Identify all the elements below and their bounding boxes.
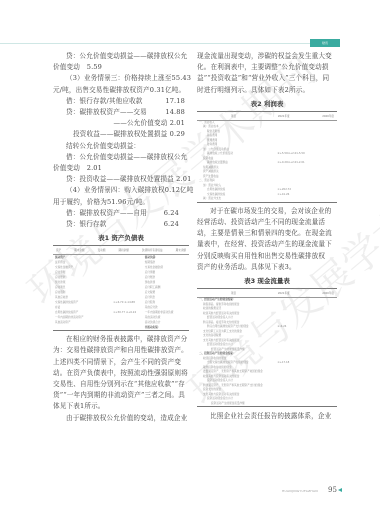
table-body: 一、营业收入减：营业成本税金及附加销售费用管理费用财务费用加：公允价值变动损益碳… [197,121,337,202]
table-body: 流动资产：流动负债：货币资金短期借款交易性金融资产交易性金融负债应收票据应付票据… [53,255,189,330]
journal-entry: 价值变动 2.01 [53,163,189,174]
paragraph: 动。在资产负债表中，按照流动性强弱原则将 [53,368,189,379]
paragraph: 益”“投资收益”和“营业外收入”三个科目，同 [197,73,337,84]
table-row: 减：营业外支出 [197,197,337,202]
column-header: 期初余额 [118,248,128,252]
header-rule [0,43,322,44]
column-header: 资产 [56,248,61,252]
entry-amount: 6.24 [164,219,179,230]
table1-title: 表1 资产负债表 [53,233,189,242]
document-page: 财讯 贷：公允价值变动损益——碳排放权公允 价值变动 5.59 （3）业务情景三… [0,0,380,515]
paragraph: 经营活动、投资活动产生不同的现金流量活 [197,217,337,228]
entry-amount: 6.24 [164,208,179,219]
journal-entry: 借：碳排放权资产——自用 6.24 [53,208,189,219]
paragraph: 在相应的财务报表披露中，碳排放资产分 [53,334,189,345]
column-header: 项目 [200,291,267,295]
entry-label: 借：碳排放权资产——自用 [66,208,147,219]
cash-flow-table: 项目 2021年度 2020年度 一、经营活动产生的现金流量：销售商品、提供劳务… [197,288,337,407]
journal-entry: 贷：银行存款 6.24 [53,219,189,230]
paragraph: 体见下表1所示。 [53,401,189,412]
table-header: 项目 2021年度 2020年度 [197,289,337,298]
right-column: 现金流量出现变动，涉碳的权益会发生重大变 化。在利润表中，主要调整“公允价值变动… [197,51,337,422]
table-header: 资产 期末余额 变动额 期初余额 负债和所有者权益 期末余额 [53,246,189,255]
liability-cell: 非流动负债： [145,325,187,330]
entry-amount: 17.18 [165,96,185,107]
paragraph: 分别反映购买自用性和出售交易性碳排放权 [197,251,337,262]
column-header: 变动额 [98,248,106,252]
paragraph: 元/吨，出售交易性碳排放权资产0.31亿吨。 [53,85,189,96]
paragraph: 贷：公允价值变动损益——碳排放权公允 [53,51,189,62]
paragraph: 价值变动 5.59 [53,62,189,73]
table3-title: 表3 现金流量表 [197,276,337,285]
entry-label: 借：银行存款/其他应收款 [66,96,143,107]
paragraph: 动，主要是情景三和情景四的变化。在现金流 [197,228,337,239]
column-header: 项目 [200,114,267,118]
paragraph: 资产的业务活动。具体见下表3。 [197,262,337,273]
column-header: 2020年度 [301,114,335,118]
journal-entry: 贷：碳排放权资产——交易 14.88 [53,107,189,118]
column-header: 2021年度 [267,114,301,118]
column-header: 负债和所有者权益 [142,248,163,252]
column-header: 2021年度 [267,291,301,295]
entry-label: 贷：银行存款 [66,219,106,230]
paragraph: 比照企业社会责任报告的披露体系，企业 [197,411,337,422]
asset-cell [55,325,108,330]
section-tag: 财讯 [310,39,340,47]
paragraph: （3）业务情景三：价格持续上涨至55.43 [53,73,189,84]
table-row: 投资活动产生的现金流量净额 [197,402,337,407]
paragraph: 时进行明细列示。具体如下表2所示。 [197,85,337,96]
balance-sheet-table: 资产 期末余额 变动额 期初余额 负债和所有者权益 期末余额 流动资产：流动负债… [53,245,189,331]
left-column: 贷：公允价值变动损益——碳排放权公允 价值变动 5.59 （3）业务情景三：价格… [53,51,189,424]
income-statement-table: 项目 2021年度 2020年度 一、营业收入减：营业成本税金及附加销售费用管理… [197,111,337,203]
paragraph: 由于碳排放权公允价值的变动，造成企业 [53,413,189,424]
item-cell: 投资活动产生的现金流量净额 [199,402,279,407]
paragraph: 交易性、自用性分别列示在“其他应收款”“存 [53,379,189,390]
entry-amount: 14.88 [165,107,185,118]
item-cell: 减：营业外支出 [199,197,276,202]
journal-footer: HUANJINGYUFAZHAN [282,489,318,493]
page-number: 95 [328,486,337,494]
column-header: 期末余额 [176,248,186,252]
journal-entry: 借：银行存款/其他应收款 17.18 [53,96,189,107]
journal-entry: ——公允价值变动 2.01 [53,118,189,129]
page-arrow-icon [338,488,342,492]
paragraph: 用于履约，价格为51.96元/吨。 [53,197,189,208]
paragraph: 上述四类不同情景下，会产生不同的资产变 [53,357,189,368]
paragraph: 现金流量出现变动，涉碳的权益会发生重大变 [197,51,337,62]
paragraph: （4）业务情景四：购入碳排放权0.12亿吨 [53,185,189,196]
change-cell [113,325,139,330]
paragraph: 货”“一年内到期的非流动资产”三者之间。具 [53,390,189,401]
entry-label: 贷：碳排放权资产——交易 [66,107,147,118]
paragraph: 对于在碳市场发生的交易，会对该企业的 [197,206,337,217]
value-cell [276,197,335,202]
paragraph: 为：交易性碳排放资产和自用性碳排放资产。 [53,345,189,356]
journal-entry: 投资收益——碳排放权处置损益 0.29 [53,129,189,140]
column-header: 2020年度 [301,291,335,295]
value-cell [279,402,335,407]
table2-title: 表2 利润表 [197,99,337,108]
table-row: 非流动负债： [53,325,189,330]
paragraph: 量表中，在经营、投资活动产生的现金流量下 [197,239,337,250]
journal-entry: 贷：投资收益——碳排放权处置损益 2.01 [53,174,189,185]
paragraph: 化。在利润表中，主要调整“公允价值变动损 [197,62,337,73]
paragraph: 结转公允价值变动损益： [53,141,189,152]
journal-entry: 借：公允价值变动损益——碳排放权公允 [53,152,189,163]
column-header: 期末余额 [74,248,84,252]
table-header: 项目 2021年度 2020年度 [197,112,337,121]
table-body: 一、经营活动产生的现金流量：销售商品、提供劳务收到的现金收到的税费返还收到其他与… [197,298,337,406]
